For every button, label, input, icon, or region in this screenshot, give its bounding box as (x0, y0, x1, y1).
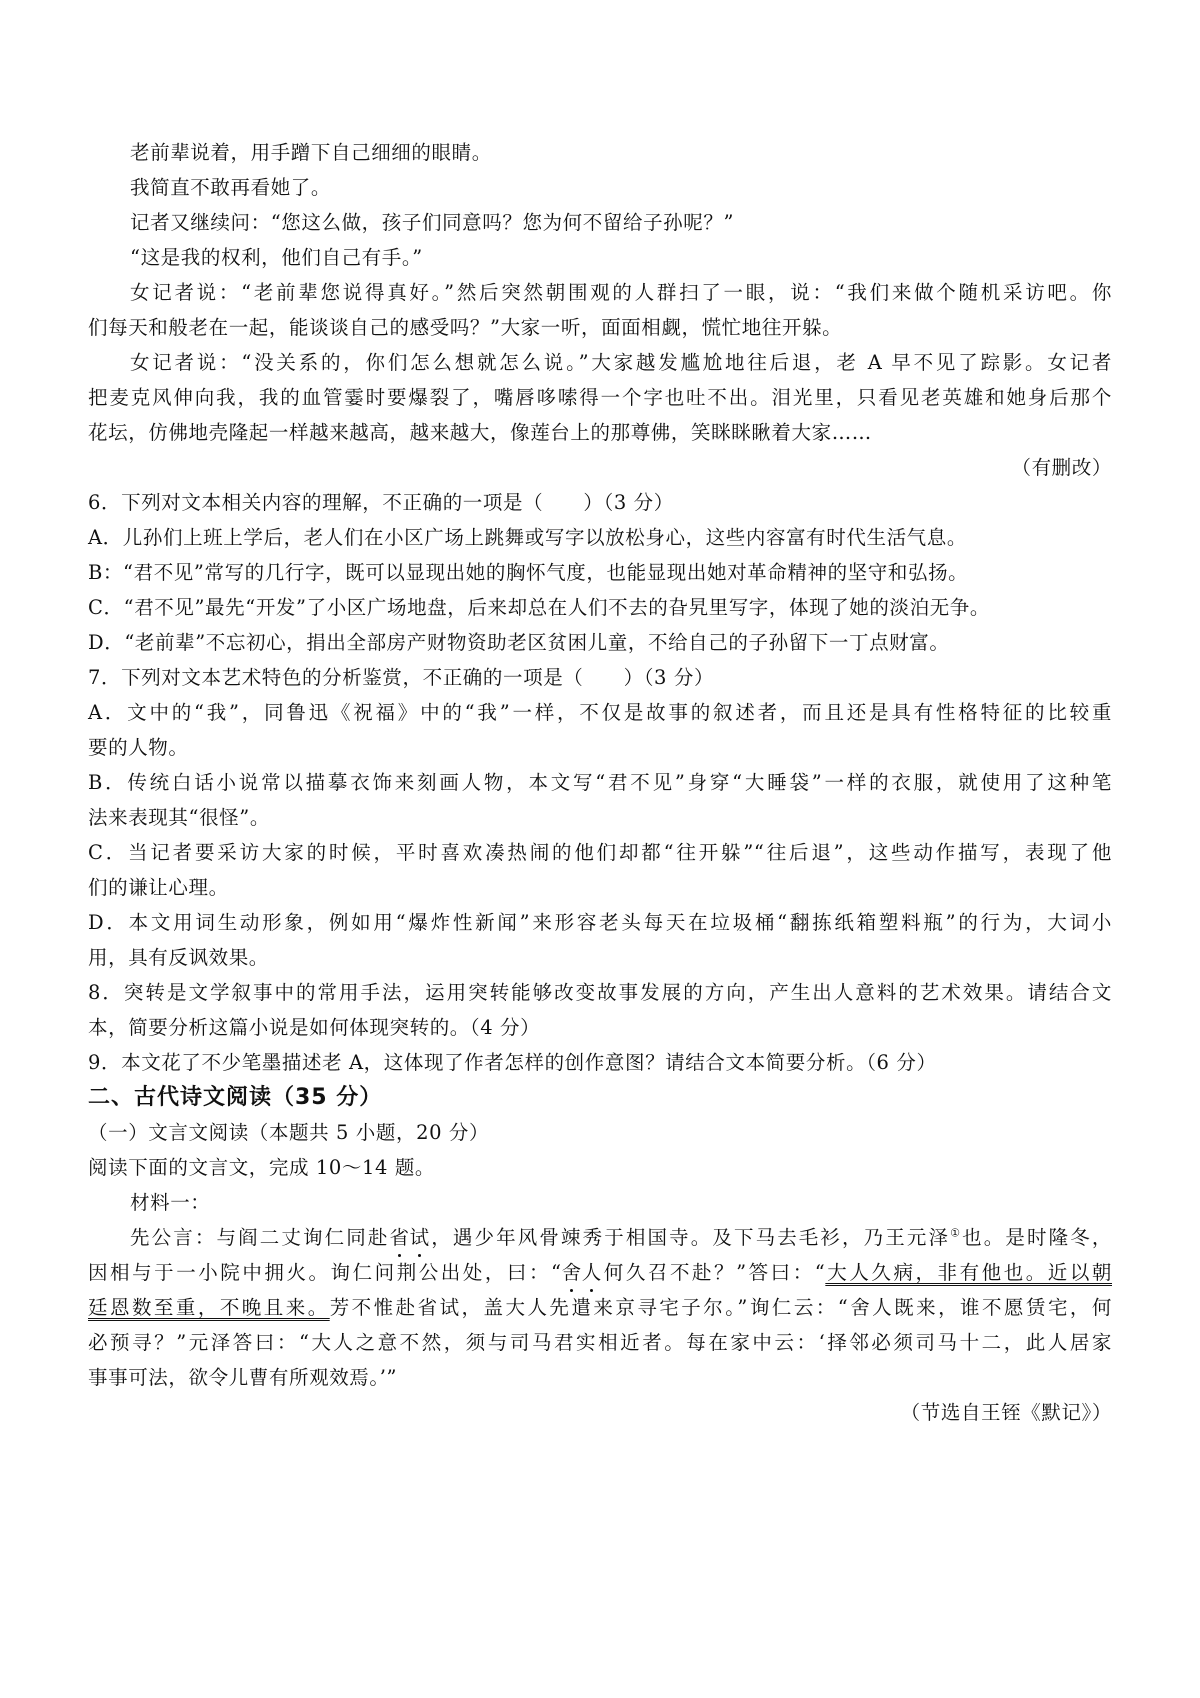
underlined-sentence: 大人久病，非有他也。近以朝 (825, 1261, 1112, 1284)
story-paragraph: 老前辈说着，用手蹭下自己细细的眼睛。 (130, 140, 1112, 166)
emphasis-dot-char: 省 (389, 1225, 409, 1251)
exam-page: 老前辈说着，用手蹭下自己细细的眼睛。 我简直不敢再看她了。 记者又继续问：“您这… (0, 0, 1200, 1698)
question-7-option-a: A．文中的“我”，同鲁迅《祝福》中的“我”一样，不仅是故事的叙述者，而且还是具有… (88, 700, 1112, 726)
question-6-option-b: B：“君不见”常写的几行字，既可以显现出她的胸怀气度，也能显现出她对革命精神的坚… (88, 560, 1112, 586)
question-9-stem: 9．本文花了不少笔墨描述老 A，这体现了作者怎样的创作意图？请结合文本简要分析。… (88, 1050, 1112, 1076)
classical-passage-line: 先公言：与阎二丈询仁同赴省试，遇少年风骨竦秀于相国寺。及下马去毛衫，乃王元泽①也… (130, 1225, 1112, 1251)
material-label: 材料一： (130, 1190, 1112, 1216)
classical-passage-line: 必预寻？”元泽答曰：“大人之意不然，须与司马君实相近者。每在家中云：‘择邻必须司… (88, 1330, 1112, 1356)
story-paragraph: 女记者说：“老前辈您说得真好。”然后突然朝围观的人群扫了一眼，说：“我们来做个随… (130, 280, 1112, 306)
footnote-marker: ① (950, 1227, 962, 1240)
question-7-option-a-cont: 要的人物。 (88, 735, 1112, 761)
story-paragraph: “这是我的权利，他们自己有手。” (130, 245, 1112, 271)
passage-text: 芳不惟赴省试，盖大人先遣来京寻宅子尔。”询仁云：“舍人既来，谁不愿赁宅，何 (330, 1296, 1112, 1319)
passage-source: （节选自王铚《默记》） (901, 1400, 1112, 1426)
question-7-option-b-cont: 法来表现其“很怪”。 (88, 805, 1112, 831)
passage-text: 也。是时隆冬， (962, 1226, 1112, 1249)
question-7-option-c-cont: 们的谦让心理。 (88, 875, 1112, 901)
story-paragraph-cont: 把麦克风伸向我，我的血管霎时要爆裂了，嘴唇哆嗦得一个字也吐不出。泪光里，只看见老… (88, 385, 1112, 411)
classical-passage-line: 事事可法，欲令儿曹有所观效焉。’” (88, 1365, 1112, 1391)
classical-passage-line: 因相与于一小院中拥火。询仁问荆公出处，曰：“舍人何久召不赴？”答曰：“大人久病，… (88, 1260, 1112, 1286)
classical-passage-line: 廷恩数至重，不晚且来。芳不惟赴省试，盖大人先遣来京寻宅子尔。”询仁云：“舍人既来… (88, 1295, 1112, 1321)
section-heading: 二、古代诗文阅读（35 分） (88, 1085, 1112, 1111)
question-7-option-d: D．本文用词生动形象，例如用“爆炸性新闻”来形容老头每天在垃圾桶“翻拣纸箱塑料瓶… (88, 910, 1112, 936)
passage-text: 何久召不赴？”答曰：“ (602, 1261, 826, 1284)
question-7-option-d-cont: 用，具有反讽效果。 (88, 945, 1112, 971)
story-paragraph: 我简直不敢再看她了。 (130, 175, 1112, 201)
underlined-sentence: 廷恩数至重，不晚且来。 (88, 1296, 330, 1319)
section-subheading: （一）文言文阅读（本题共 5 小题，20 分） (88, 1120, 1112, 1146)
story-paragraph: 女记者说：“没关系的，你们怎么想就怎么说。”大家越发尴尬地往后退，老 A 早不见… (130, 350, 1112, 376)
question-6-stem: 6．下列对文本相关内容的理解，不正确的一项是（ ）（3 分） (88, 490, 1112, 516)
question-7-option-c: C．当记者要采访大家的时候，平时喜欢凑热闹的他们却都“往开躲”“往后退”，这些动… (88, 840, 1112, 866)
reading-instruction: 阅读下面的文言文，完成 10～14 题。 (88, 1155, 1112, 1181)
passage-text: 因相与于一小院中拥火。询仁问荆公出处，曰：“ (88, 1261, 562, 1284)
question-8-stem: 8．突转是文学叙事中的常用手法，运用突转能够改变故事发展的方向，产生出人意料的艺… (88, 980, 1112, 1006)
question-6-option-c: C．“君不见”最先“开发”了小区广场地盘，后来却总在人们不去的旮旯里写字，体现了… (88, 595, 1112, 621)
question-8-stem-cont: 本，简要分析这篇小说是如何体现突转的。（4 分） (88, 1015, 1112, 1041)
passage-text: ，遇少年风骨竦秀于相国寺。及下马去毛衫，乃王元泽 (430, 1226, 950, 1249)
story-paragraph-cont: 花坛，仿佛地壳隆起一样越来越高，越来越大，像莲台上的那尊佛，笑眯眯瞅着大家…… (88, 420, 1112, 446)
question-7-option-b: B．传统白话小说常以描摹衣饰来刻画人物，本文写“君不见”身穿“大睡袋”一样的衣服… (88, 770, 1112, 796)
question-6-option-d: D．“老前辈”不忘初心，捐出全部房产财物资助老区贫困儿童，不给自己的子孙留下一丁… (88, 630, 1112, 656)
emphasis-dot-char: 试 (410, 1225, 430, 1251)
source-note: （有删改） (1011, 455, 1112, 481)
question-7-stem: 7．下列对文本艺术特色的分析鉴赏，不正确的一项是（ ）（3 分） (88, 665, 1112, 691)
story-paragraph-cont: 们每天和般老在一起，能谈谈自己的感受吗？”大家一听，面面相觑，慌忙地往开躲。 (88, 315, 1112, 341)
story-paragraph: 记者又继续问：“您这么做，孩子们同意吗？您为何不留给子孙呢？” (130, 210, 1112, 236)
emphasis-dot-char: 人 (582, 1260, 602, 1286)
emphasis-dot-char: 舍 (562, 1260, 582, 1286)
question-6-option-a: A．儿孙们上班上学后，老人们在小区广场上跳舞或写字以放松身心，这些内容富有时代生… (88, 525, 1112, 551)
passage-text: 先公言：与阎二丈询仁同赴 (130, 1226, 389, 1249)
